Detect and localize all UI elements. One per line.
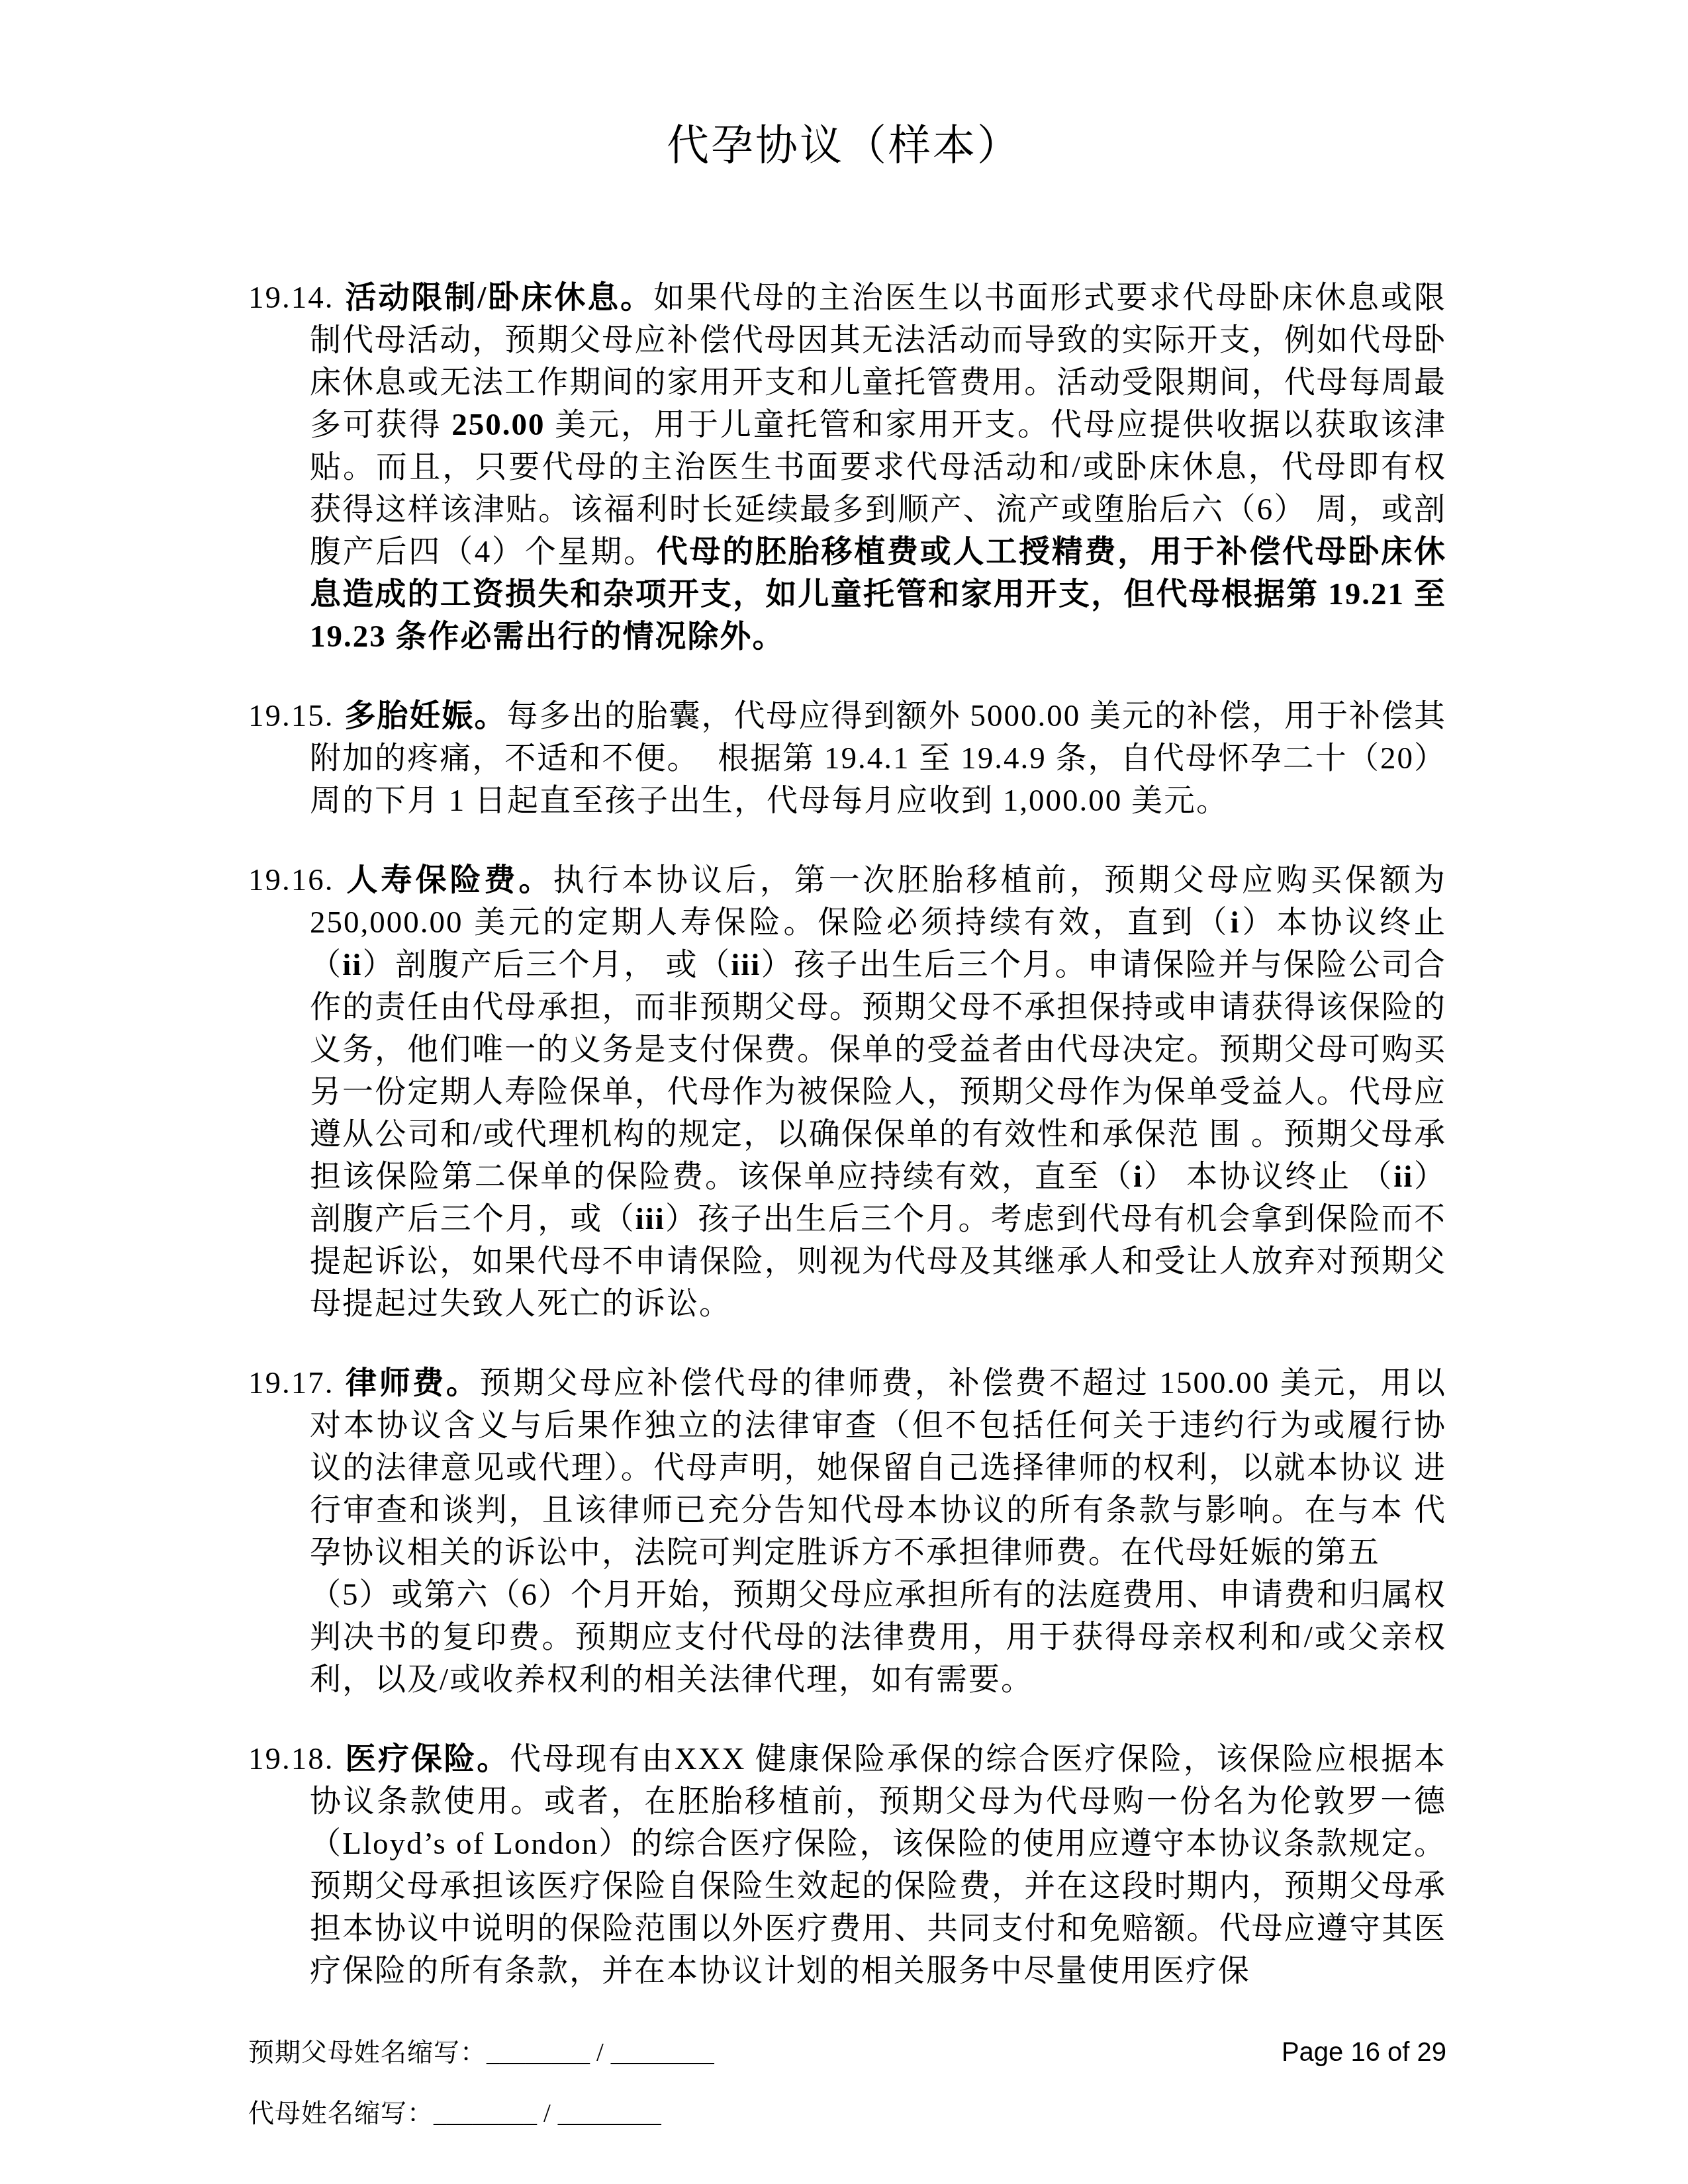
document-page: 代孕协议（样本） 19.14.活动限制/卧床休息。如果代母的主治医生以书面形式要… bbox=[0, 0, 1688, 2184]
text-run: ）剖腹产后三个月， 或（ bbox=[362, 948, 731, 982]
text-run: 代母现有由XXX 健康保险承保的综合医疗保险，该保险应根据本协议条款使用。或者，… bbox=[310, 1742, 1446, 1988]
text-run: ii bbox=[342, 948, 362, 982]
text-run: i bbox=[1230, 905, 1240, 940]
sections-container: 19.14.活动限制/卧床休息。如果代母的主治医生以书面形式要求代母卧床休息或限… bbox=[248, 277, 1446, 2029]
section-19-14: 19.14.活动限制/卧床休息。如果代母的主治医生以书面形式要求代母卧床休息或限… bbox=[248, 277, 1446, 658]
intended-parents-initials-label: 预期父母姓名缩写： bbox=[248, 2038, 487, 2067]
surrogate-initials-blank-2: ________ bbox=[558, 2099, 661, 2128]
text-run: ii bbox=[1393, 1160, 1413, 1194]
section-text: 人寿保险费。执行本协议后，第一次胚胎移植前，预期父母应购买保额为 250,000… bbox=[310, 863, 1456, 1321]
text-run: iii bbox=[731, 948, 761, 982]
text-run: i bbox=[1133, 1160, 1143, 1194]
text-run: 预期父母应补偿代母的律师费，补偿费不超过 1500.00 美元，用以 对本协议含… bbox=[310, 1366, 1456, 1570]
section-text: 多胎妊娠。每多出的胎囊，代母应得到额外 5000.00 美元的补偿，用于补偿其附… bbox=[310, 699, 1446, 818]
section-19-15: 19.15.多胎妊娠。每多出的胎囊，代母应得到额外 5000.00 美元的补偿，… bbox=[248, 695, 1446, 822]
section-number: 19.14. bbox=[248, 281, 334, 315]
text-run: 人寿保险费。 bbox=[345, 863, 553, 897]
section-paragraph: 19.14.活动限制/卧床休息。如果代母的主治医生以书面形式要求代母卧床休息或限… bbox=[248, 277, 1446, 658]
text-run: 律师费。 bbox=[345, 1366, 480, 1400]
section-19-18: 19.18.医疗保险。代母现有由XXX 健康保险承保的综合医疗保险，该保险应根据… bbox=[248, 1738, 1446, 1992]
initials-separator: / bbox=[590, 2038, 611, 2067]
text-run: 多胎妊娠。 bbox=[345, 699, 507, 733]
text-run: （5）或第六（6）个月开始，预期父母应承担所有的法庭费用、申请费和归属权判决书的… bbox=[310, 1578, 1446, 1697]
section-text: 医疗保险。代母现有由XXX 健康保险承保的综合医疗保险，该保险应根据本协议条款使… bbox=[310, 1742, 1446, 1988]
text-run: 活动限制/卧床休息。 bbox=[345, 281, 654, 315]
section-number: 19.18. bbox=[248, 1742, 334, 1776]
section-number: 19.15. bbox=[248, 699, 334, 733]
section-paragraph: 19.17.律师费。预期父母应补偿代母的律师费，补偿费不超过 1500.00 美… bbox=[248, 1362, 1446, 1701]
section-text: 律师费。预期父母应补偿代母的律师费，补偿费不超过 1500.00 美元，用以 对… bbox=[310, 1366, 1456, 1697]
section-19-16: 19.16.人寿保险费。执行本协议后，第一次胚胎移植前，预期父母应购买保额为 2… bbox=[248, 859, 1446, 1325]
text-run: iii bbox=[635, 1202, 665, 1236]
surrogate-initials-label: 代母姓名缩写： bbox=[248, 2099, 434, 2128]
section-number: 19.17. bbox=[248, 1366, 334, 1400]
text-run: ）孩子出生后三个月。申请保险并与保险公司合作的责任由代母承担，而非预期父母。预期… bbox=[310, 948, 1446, 1194]
text-run: ） 本协议终止 （ bbox=[1143, 1160, 1393, 1194]
section-text: 活动限制/卧床休息。如果代母的主治医生以书面形式要求代母卧床休息或限制代母活动，… bbox=[310, 281, 1456, 654]
page-footer: 预期父母姓名缩写：________/________ Page 16 of 29… bbox=[0, 2032, 1688, 2184]
page-number: Page 16 of 29 bbox=[1282, 2038, 1446, 2068]
initials-separator: / bbox=[537, 2099, 558, 2128]
section-paragraph: 19.18.医疗保险。代母现有由XXX 健康保险承保的综合医疗保险，该保险应根据… bbox=[248, 1738, 1446, 1992]
surrogate-initials-line: 代母姓名缩写：________/________ bbox=[248, 2093, 661, 2130]
surrogate-initials-row: 代母姓名缩写：________/________ bbox=[248, 2093, 1446, 2130]
section-paragraph: 19.15.多胎妊娠。每多出的胎囊，代母应得到额外 5000.00 美元的补偿，… bbox=[248, 695, 1446, 822]
intended-parents-initials-line: 预期父母姓名缩写：________/________ bbox=[248, 2032, 714, 2069]
surrogate-initials-blank-1: ________ bbox=[434, 2099, 537, 2128]
intended-parent-1-initials-blank: ________ bbox=[487, 2038, 590, 2067]
section-paragraph: 19.16.人寿保险费。执行本协议后，第一次胚胎移植前，预期父母应购买保额为 2… bbox=[248, 859, 1446, 1325]
section-number: 19.16. bbox=[248, 863, 334, 897]
page-title: 代孕协议（样本） bbox=[0, 111, 1688, 172]
intended-parent-2-initials-blank: ________ bbox=[611, 2038, 714, 2067]
text-run: 250.00 bbox=[451, 408, 545, 442]
section-19-17: 19.17.律师费。预期父母应补偿代母的律师费，补偿费不超过 1500.00 美… bbox=[248, 1362, 1446, 1701]
intended-parents-initials-row: 预期父母姓名缩写：________/________ Page 16 of 29 bbox=[248, 2032, 1446, 2069]
text-run: 医疗保险。 bbox=[345, 1742, 510, 1776]
